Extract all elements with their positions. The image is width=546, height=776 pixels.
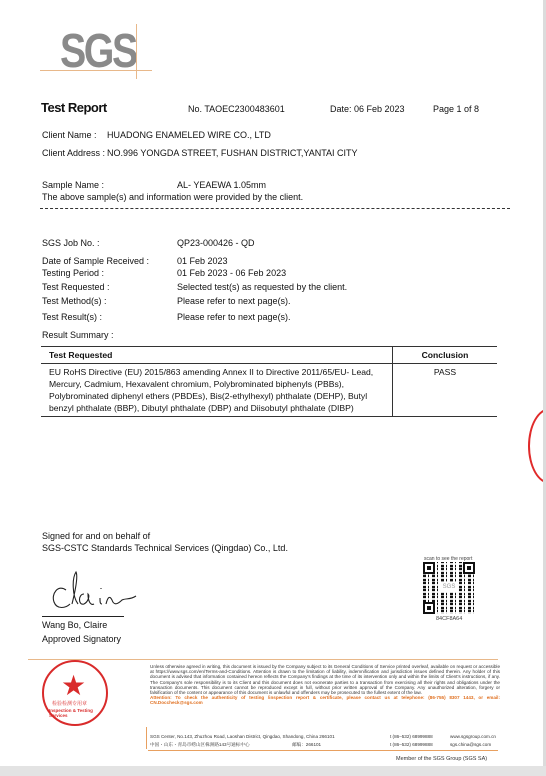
address-en: SGS Center, No.143, Zhuzhou Road, Laosha…	[150, 734, 335, 739]
detail-label: Test Method(s) :	[42, 296, 107, 306]
result-summary-label: Result Summary :	[42, 330, 114, 340]
disclaimer-text: Unless otherwise agreed in writing, this…	[150, 664, 500, 695]
stamp-text-cn: 检验检测专用章	[52, 700, 87, 707]
dashed-divider	[40, 208, 510, 209]
telephone-2: t (86–532) 68999888	[390, 742, 433, 747]
client-address-label: Client Address :	[42, 148, 105, 158]
table-row: EU RoHS Directive (EU) 2015/863 amending…	[41, 364, 497, 417]
company-name: SGS-CSTC Standards Technical Services (Q…	[42, 543, 288, 553]
website-link[interactable]: www.sgsgroup.com.cn	[450, 734, 496, 739]
member-line: Member of the SGS Group (SGS SA)	[396, 756, 487, 762]
telephone-1: t (86–532) 68999888	[390, 734, 433, 739]
official-stamp: ★ 检验检测专用章 Inspection & Testing Services	[42, 660, 108, 726]
detail-label: Test Requested :	[42, 282, 110, 292]
conclusion-cell: PASS	[393, 364, 498, 417]
address-cn: 中国・山东・青岛市崂山区株洲路143号通标中心	[150, 742, 250, 748]
logo-rule-vertical	[136, 24, 137, 79]
column-header-test: Test Requested	[41, 347, 393, 364]
report-date: Date: 06 Feb 2023	[330, 104, 405, 114]
report-title: Test Report	[41, 100, 107, 115]
result-summary-table: Test Requested Conclusion EU RoHS Direct…	[41, 346, 497, 417]
detail-value: 01 Feb 2023 - 06 Feb 2023	[177, 268, 286, 278]
sample-note: The above sample(s) and information were…	[42, 192, 303, 202]
viewer-background	[0, 766, 546, 776]
qr-center-logo: SGS	[439, 582, 459, 592]
stamp-text-en: Inspection & Testing Services	[49, 708, 106, 718]
qr-code[interactable]: SGS	[423, 562, 475, 614]
signatory-role: Approved Signatory	[42, 634, 121, 644]
report-page: SGS Test Report No. TAOEC2300483601 Date…	[0, 0, 543, 766]
sample-name-label: Sample Name :	[42, 180, 104, 190]
detail-label: Date of Sample Received :	[42, 256, 149, 266]
detail-label: Test Result(s) :	[42, 312, 102, 322]
footer-bottom-rule	[148, 750, 498, 751]
address-bar	[146, 727, 147, 749]
detail-value: Selected test(s) as requested by the cli…	[177, 282, 347, 292]
detail-label: SGS Job No. :	[42, 238, 100, 248]
client-address-value: NO.996 YONGDA STREET, FUSHAN DISTRICT,YA…	[107, 148, 358, 158]
client-name-value: HUADONG ENAMELED WIRE CO., LTD	[107, 130, 271, 140]
column-header-conclusion: Conclusion	[393, 347, 498, 364]
signatory-name: Wang Bo, Claire	[42, 620, 107, 630]
signature-scribble	[48, 568, 138, 614]
footer-disclaimer: Unless otherwise agreed in writing, this…	[150, 664, 500, 706]
email-link[interactable]: sgs.china@sgs.com	[450, 742, 491, 747]
sgs-logo: SGS	[40, 24, 152, 79]
footer-divider	[28, 659, 498, 660]
report-number: No. TAOEC2300483601	[188, 104, 285, 114]
sample-name-value: AL- YEAEWA 1.05mm	[177, 180, 266, 190]
qr-code-id: 84CF8A64	[436, 616, 462, 622]
authenticity-notice: Attention: To check the authenticity of …	[150, 695, 500, 705]
star-icon: ★	[61, 672, 86, 700]
detail-value: QP23-000426 - QD	[177, 238, 255, 248]
signature-line	[42, 616, 124, 617]
detail-value: 01 Feb 2023	[177, 256, 228, 266]
detail-value: Please refer to next page(s).	[177, 296, 291, 306]
postcode-cn: 邮编：266101	[292, 742, 321, 748]
detail-value: Please refer to next page(s).	[177, 312, 291, 322]
test-requested-cell: EU RoHS Directive (EU) 2015/863 amending…	[41, 364, 393, 417]
detail-label: Testing Period :	[42, 268, 104, 278]
signed-on-behalf-line: Signed for and on behalf of	[42, 531, 150, 541]
client-name-label: Client Name :	[42, 130, 97, 140]
page-indicator: Page 1 of 8	[433, 104, 479, 114]
